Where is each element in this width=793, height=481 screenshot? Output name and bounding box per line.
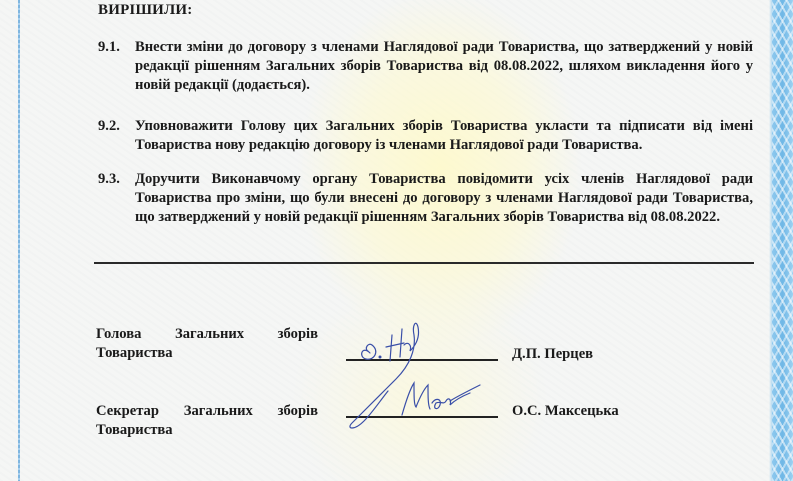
item-number: 9.2. (98, 117, 120, 136)
role-word: зборів (278, 402, 318, 421)
item-text: Доручити Виконавчому органу Товариства п… (135, 170, 753, 227)
item-number: 9.1. (98, 38, 120, 57)
chairman-name: Д.П. Перцев (512, 346, 593, 363)
resolution-item-9-3: 9.3. Доручити Виконавчому органу Товарис… (98, 170, 753, 227)
item-number: 9.3. (98, 170, 120, 189)
role-line-2: Товариства (96, 344, 318, 363)
section-divider (94, 262, 754, 264)
role-word: Секретар (96, 402, 159, 421)
role-word: зборів (278, 325, 318, 344)
secretary-role-label: Секретар Загальних зборів Товариства (96, 402, 318, 440)
role-word: Голова (96, 325, 141, 344)
role-word: Загальних (175, 325, 244, 344)
left-security-rule (18, 0, 20, 481)
secretary-name: О.С. Максецька (512, 403, 619, 420)
resolution-item-9-2: 9.2. Уповноважити Голову цих Загальних з… (98, 117, 753, 155)
item-text: Уповноважити Голову цих Загальних зборів… (135, 117, 753, 155)
right-decorative-border (772, 0, 793, 481)
chairman-role-label: Голова Загальних зборів Товариства (96, 325, 318, 363)
role-word: Загальних (184, 402, 253, 421)
item-text: Внести зміни до договору з членами Нагля… (135, 38, 753, 95)
role-line-2: Товариства (96, 421, 318, 440)
document-page: ВИРІШИЛИ: 9.1. Внести зміни до договору … (0, 0, 793, 481)
handwritten-signatures-icon (340, 305, 520, 435)
resolved-heading: ВИРІШИЛИ: (98, 2, 192, 19)
resolution-item-9-1: 9.1. Внести зміни до договору з членами … (98, 38, 753, 95)
